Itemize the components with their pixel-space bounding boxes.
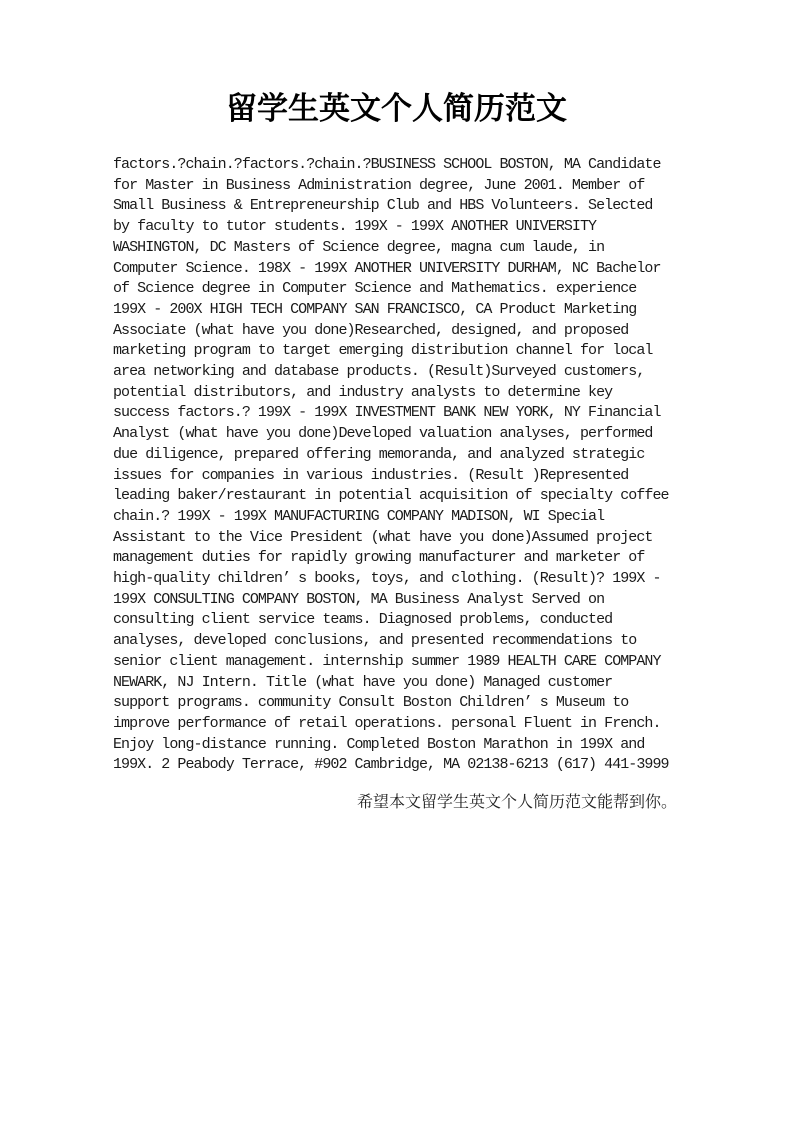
closing-note: 希望本文留学生英文个人简历范文能帮到你。	[113, 792, 677, 813]
document-page: 留学生英文个人简历范文 factors.?chain.?factors.?cha…	[0, 0, 793, 1122]
resume-body-text: factors.?chain.?factors.?chain.?BUSINESS…	[113, 155, 681, 776]
page-title: 留学生英文个人简历范文	[0, 86, 793, 132]
